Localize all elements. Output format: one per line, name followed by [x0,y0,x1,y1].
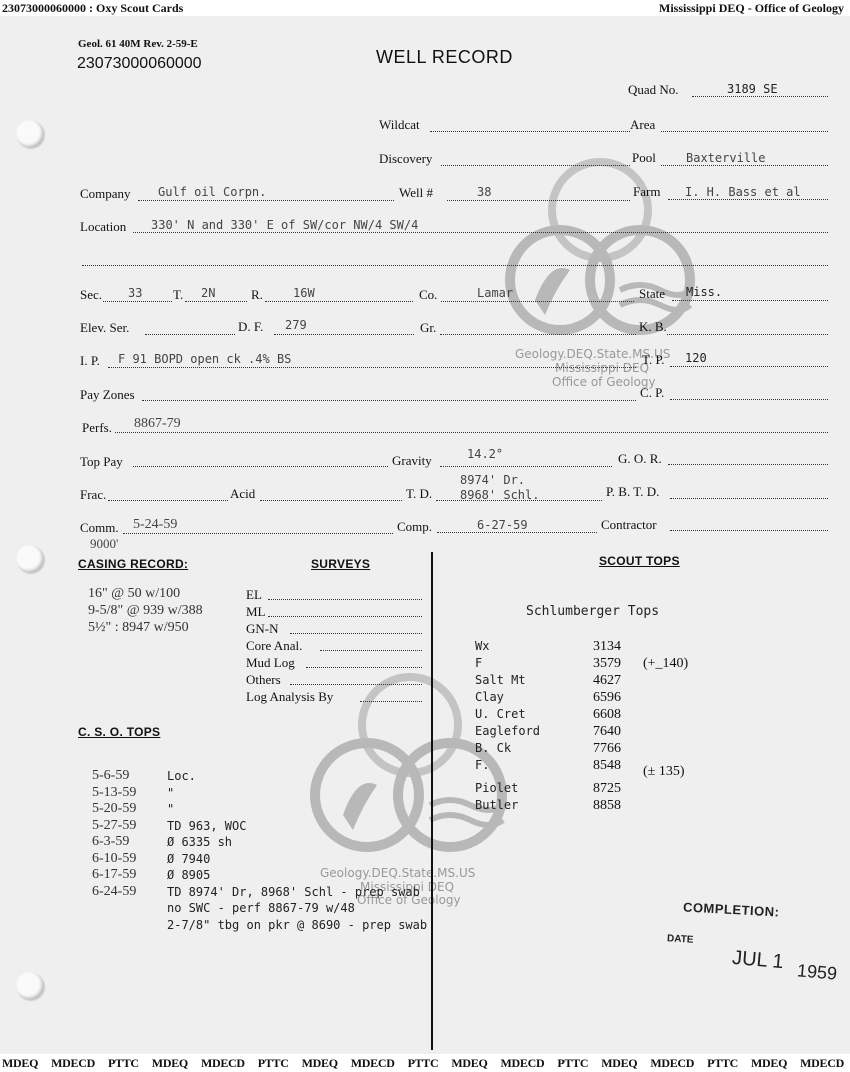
ip-label: I. P. [80,353,100,369]
quad-no-value: 3189 SE [727,82,778,96]
gravity-value: 14.2° [467,447,503,461]
punch-hole-icon [16,120,44,148]
state-value: Miss. [686,285,722,299]
well-no-label: Well # [399,185,433,201]
state-label: State [639,286,665,302]
td-value-drilled: 8974' Dr. [460,473,525,487]
company-label: Company [80,186,131,202]
cso-row: 2-7/8" tbg on pkr @ 8690 - prep swab [92,917,427,934]
casing-line: 5½" : 8947 w/950 [88,619,203,636]
kb-label: K. B. [639,319,667,335]
cso-row: 6-3-59Ø 6335 sh [92,834,427,851]
range-label: R. [251,287,263,303]
scout-top-row: Butler8858 [475,797,688,814]
cso-row: 5-27-59TD 963, WOC [92,818,427,835]
df-value: 279 [285,318,307,332]
survey-item: Others [246,671,333,688]
scout-top-row: B. Ck7766 [475,740,688,757]
scout-top-row: Wx3134 [475,638,688,655]
top-pay-label: Top Pay [80,454,123,470]
area-label: Area [630,117,655,133]
completion-date-year: 1959 [796,960,838,984]
surveys-list: EL ML GN-N Core Anal. Mud Log Others Log… [246,586,333,705]
casing-record-list: 16" @ 50 w/100 9-5/8" @ 939 w/388 5½" : … [88,585,203,636]
cso-row: no SWC - perf 8867-79 w/48 [92,900,427,917]
scout-top-row: Piolet8725 [475,780,688,797]
casing-line: 9-5/8" @ 939 w/388 [88,602,203,619]
cso-row: 6-17-59Ø 8905 [92,867,427,884]
scout-top-row: F3579(+_140) [475,655,688,672]
comp-label: Comp. [397,519,432,535]
survey-item: Mud Log [246,654,333,671]
punch-hole-icon [16,545,44,573]
scout-top-row: F.8548(± 135) [475,757,688,774]
wildcat-label: Wildcat [379,117,420,133]
farm-value: I. H. Bass et al [685,185,801,199]
survey-item: Core Anal. [246,637,333,654]
form-number: Geol. 61 40M Rev. 2-59-E [78,38,198,50]
scout-tops-heading: SCOUT TOPS [599,554,680,568]
schlumberger-tops-subtitle: Schlumberger Tops [526,604,659,619]
survey-item: GN-N [246,620,333,637]
cso-tops-heading: C. S. O. TOPS [78,725,160,739]
well-no-value: 38 [477,185,491,199]
td-label: T. D. [406,486,432,502]
scout-top-row: Salt Mt4627 [475,672,688,689]
discovery-label: Discovery [379,151,432,167]
perfs-label: Perfs. [82,420,112,436]
pay-zones-label: Pay Zones [80,387,135,403]
range-value: 16W [293,286,315,300]
watermark-text-agency: Mississippi DEQ [555,361,649,375]
comm-value: 5-24-59 [133,517,177,533]
punch-hole-icon [16,972,44,1000]
sec-value: 33 [128,286,142,300]
pool-label: Pool [632,150,656,166]
survey-item: ML [246,603,333,620]
survey-item: EL [246,586,333,603]
quad-no-label: Quad No. [628,82,679,98]
scout-top-row: U. Cret6608 [475,706,688,723]
contractor-label: Contractor [601,517,657,533]
cso-tops-list: 5-6-59Loc. 5-13-59" 5-20-59" 5-27-59TD 9… [92,768,427,933]
gor-label: G. O. R. [618,451,662,467]
header-left-title: 23073000060000 : Oxy Scout Cards [2,0,183,16]
elev-ser-label: Elev. Ser. [80,320,129,336]
county-label: Co. [419,287,437,303]
county-value: Lamar [477,286,513,300]
casing-line: 16" @ 50 w/100 [88,585,203,602]
scout-top-row: Eagleford7640 [475,723,688,740]
scout-top-row: Clay6596 [475,689,688,706]
tp-label: T. P. [642,352,665,368]
perfs-value: 8867-79 [134,416,181,432]
column-divider [431,552,433,1050]
comp-value: 6-27-59 [477,518,528,532]
td-value-schlumberger: 8968' Schl. [460,488,539,502]
surveys-heading: SURVEYS [311,557,370,571]
frac-label: Frac. [80,487,106,503]
cso-row: 5-20-59" [92,801,427,818]
tp-value: 120 [685,351,707,365]
df-label: D. F. [238,319,263,335]
gr-label: Gr. [420,320,436,336]
comm-label: Comm. [80,520,119,536]
cso-row: 5-13-59" [92,785,427,802]
footer-agency-strip: MDEQMDECDPTTCMDEQMDECDPTTCMDEQMDECDPTTCM… [0,1054,850,1072]
farm-label: Farm [633,184,660,200]
gravity-label: Gravity [392,453,432,469]
cso-row: 6-10-59Ø 7940 [92,851,427,868]
cso-row: 5-6-59Loc. [92,768,427,785]
township-label: T. [173,287,183,303]
comm-note: 9000' [90,536,118,552]
cso-row: 6-24-59TD 8974' Dr, 8968' Schl - prep sw… [92,884,427,901]
cp-label: C. P. [640,385,664,401]
ip-value: F 91 BOPD open ck .4% BS [118,352,291,366]
location-value: 330' N and 330' E of SW/cor NW/4 SW/4 [151,218,418,232]
scout-tops-table: Wx3134 F3579(+_140) Salt Mt4627 Clay6596… [475,638,688,814]
survey-item: Log Analysis By [246,688,333,705]
casing-record-heading: CASING RECORD: [78,557,188,571]
sec-label: Sec. [80,287,102,303]
completion-date-month-day: JUL 1 [731,947,784,974]
pbtd-label: P. B. T. D. [606,484,659,500]
api-number: 23073000060000 [77,55,202,73]
header-right-title: Mississippi DEQ - Office of Geology [659,0,844,16]
township-value: 2N [201,286,215,300]
completion-date-label: DATE [667,933,694,945]
pool-value: Baxterville [686,151,765,165]
page-title: WELL RECORD [376,47,513,68]
company-value: Gulf oil Corpn. [158,185,266,199]
acid-label: Acid [230,486,255,502]
location-label: Location [80,219,126,235]
